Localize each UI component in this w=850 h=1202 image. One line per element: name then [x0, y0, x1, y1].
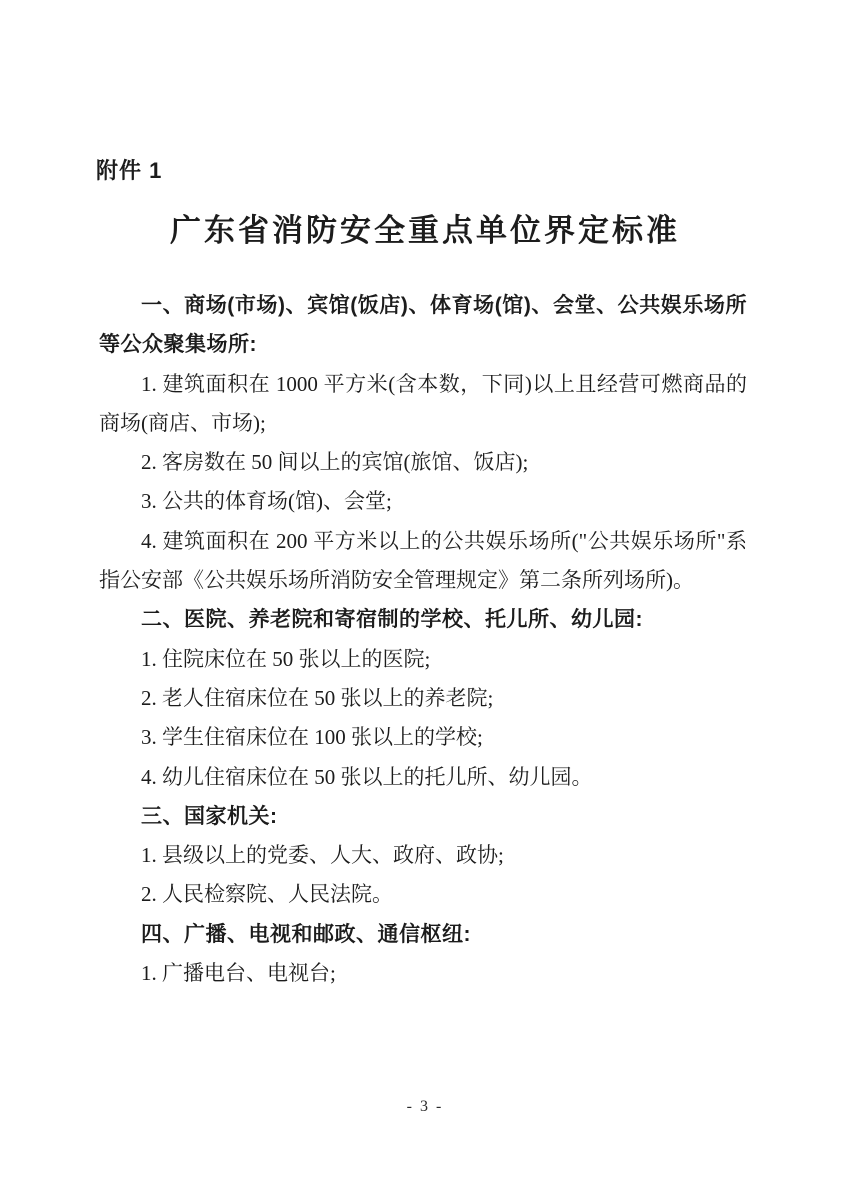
section-1-item-2: 2. 客房数在 50 间以上的宾馆(旅馆、饭店);	[99, 443, 747, 482]
section-1-item-4: 4. 建筑面积在 200 平方米以上的公共娱乐场所("公共娱乐场所"系指公安部《…	[99, 522, 747, 601]
attachment-label: 附件 1	[96, 156, 162, 186]
page-title: 广东省消防安全重点单位界定标准	[0, 211, 850, 251]
section-4-heading: 四、广播、电视和邮政、通信枢纽:	[99, 915, 747, 954]
section-1-item-1: 1. 建筑面积在 1000 平方米(含本数，下同)以上且经营可燃商品的商场(商店…	[99, 365, 747, 444]
section-2-item-2: 2. 老人住宿床位在 50 张以上的养老院;	[99, 679, 747, 718]
section-2-item-4: 4. 幼儿住宿床位在 50 张以上的托儿所、幼儿园。	[99, 758, 747, 797]
section-3-item-2: 2. 人民检察院、人民法院。	[99, 875, 747, 914]
section-2-heading: 二、医院、养老院和寄宿制的学校、托儿所、幼儿园:	[99, 600, 747, 639]
section-1-heading: 一、商场(市场)、宾馆(饭店)、体育场(馆)、会堂、公共娱乐场所等公众聚集场所:	[99, 286, 747, 365]
document-page: 附件 1 广东省消防安全重点单位界定标准 一、商场(市场)、宾馆(饭店)、体育场…	[0, 0, 850, 1202]
page-number: - 3 -	[0, 1097, 850, 1117]
section-3-item-1: 1. 县级以上的党委、人大、政府、政协;	[99, 836, 747, 875]
section-4-item-1: 1. 广播电台、电视台;	[99, 954, 747, 993]
document-body: 一、商场(市场)、宾馆(饭店)、体育场(馆)、会堂、公共娱乐场所等公众聚集场所:…	[99, 286, 747, 993]
section-2-item-3: 3. 学生住宿床位在 100 张以上的学校;	[99, 718, 747, 757]
section-1-item-3: 3. 公共的体育场(馆)、会堂;	[99, 482, 747, 521]
section-2-item-1: 1. 住院床位在 50 张以上的医院;	[99, 640, 747, 679]
section-3-heading: 三、国家机关:	[99, 797, 747, 836]
